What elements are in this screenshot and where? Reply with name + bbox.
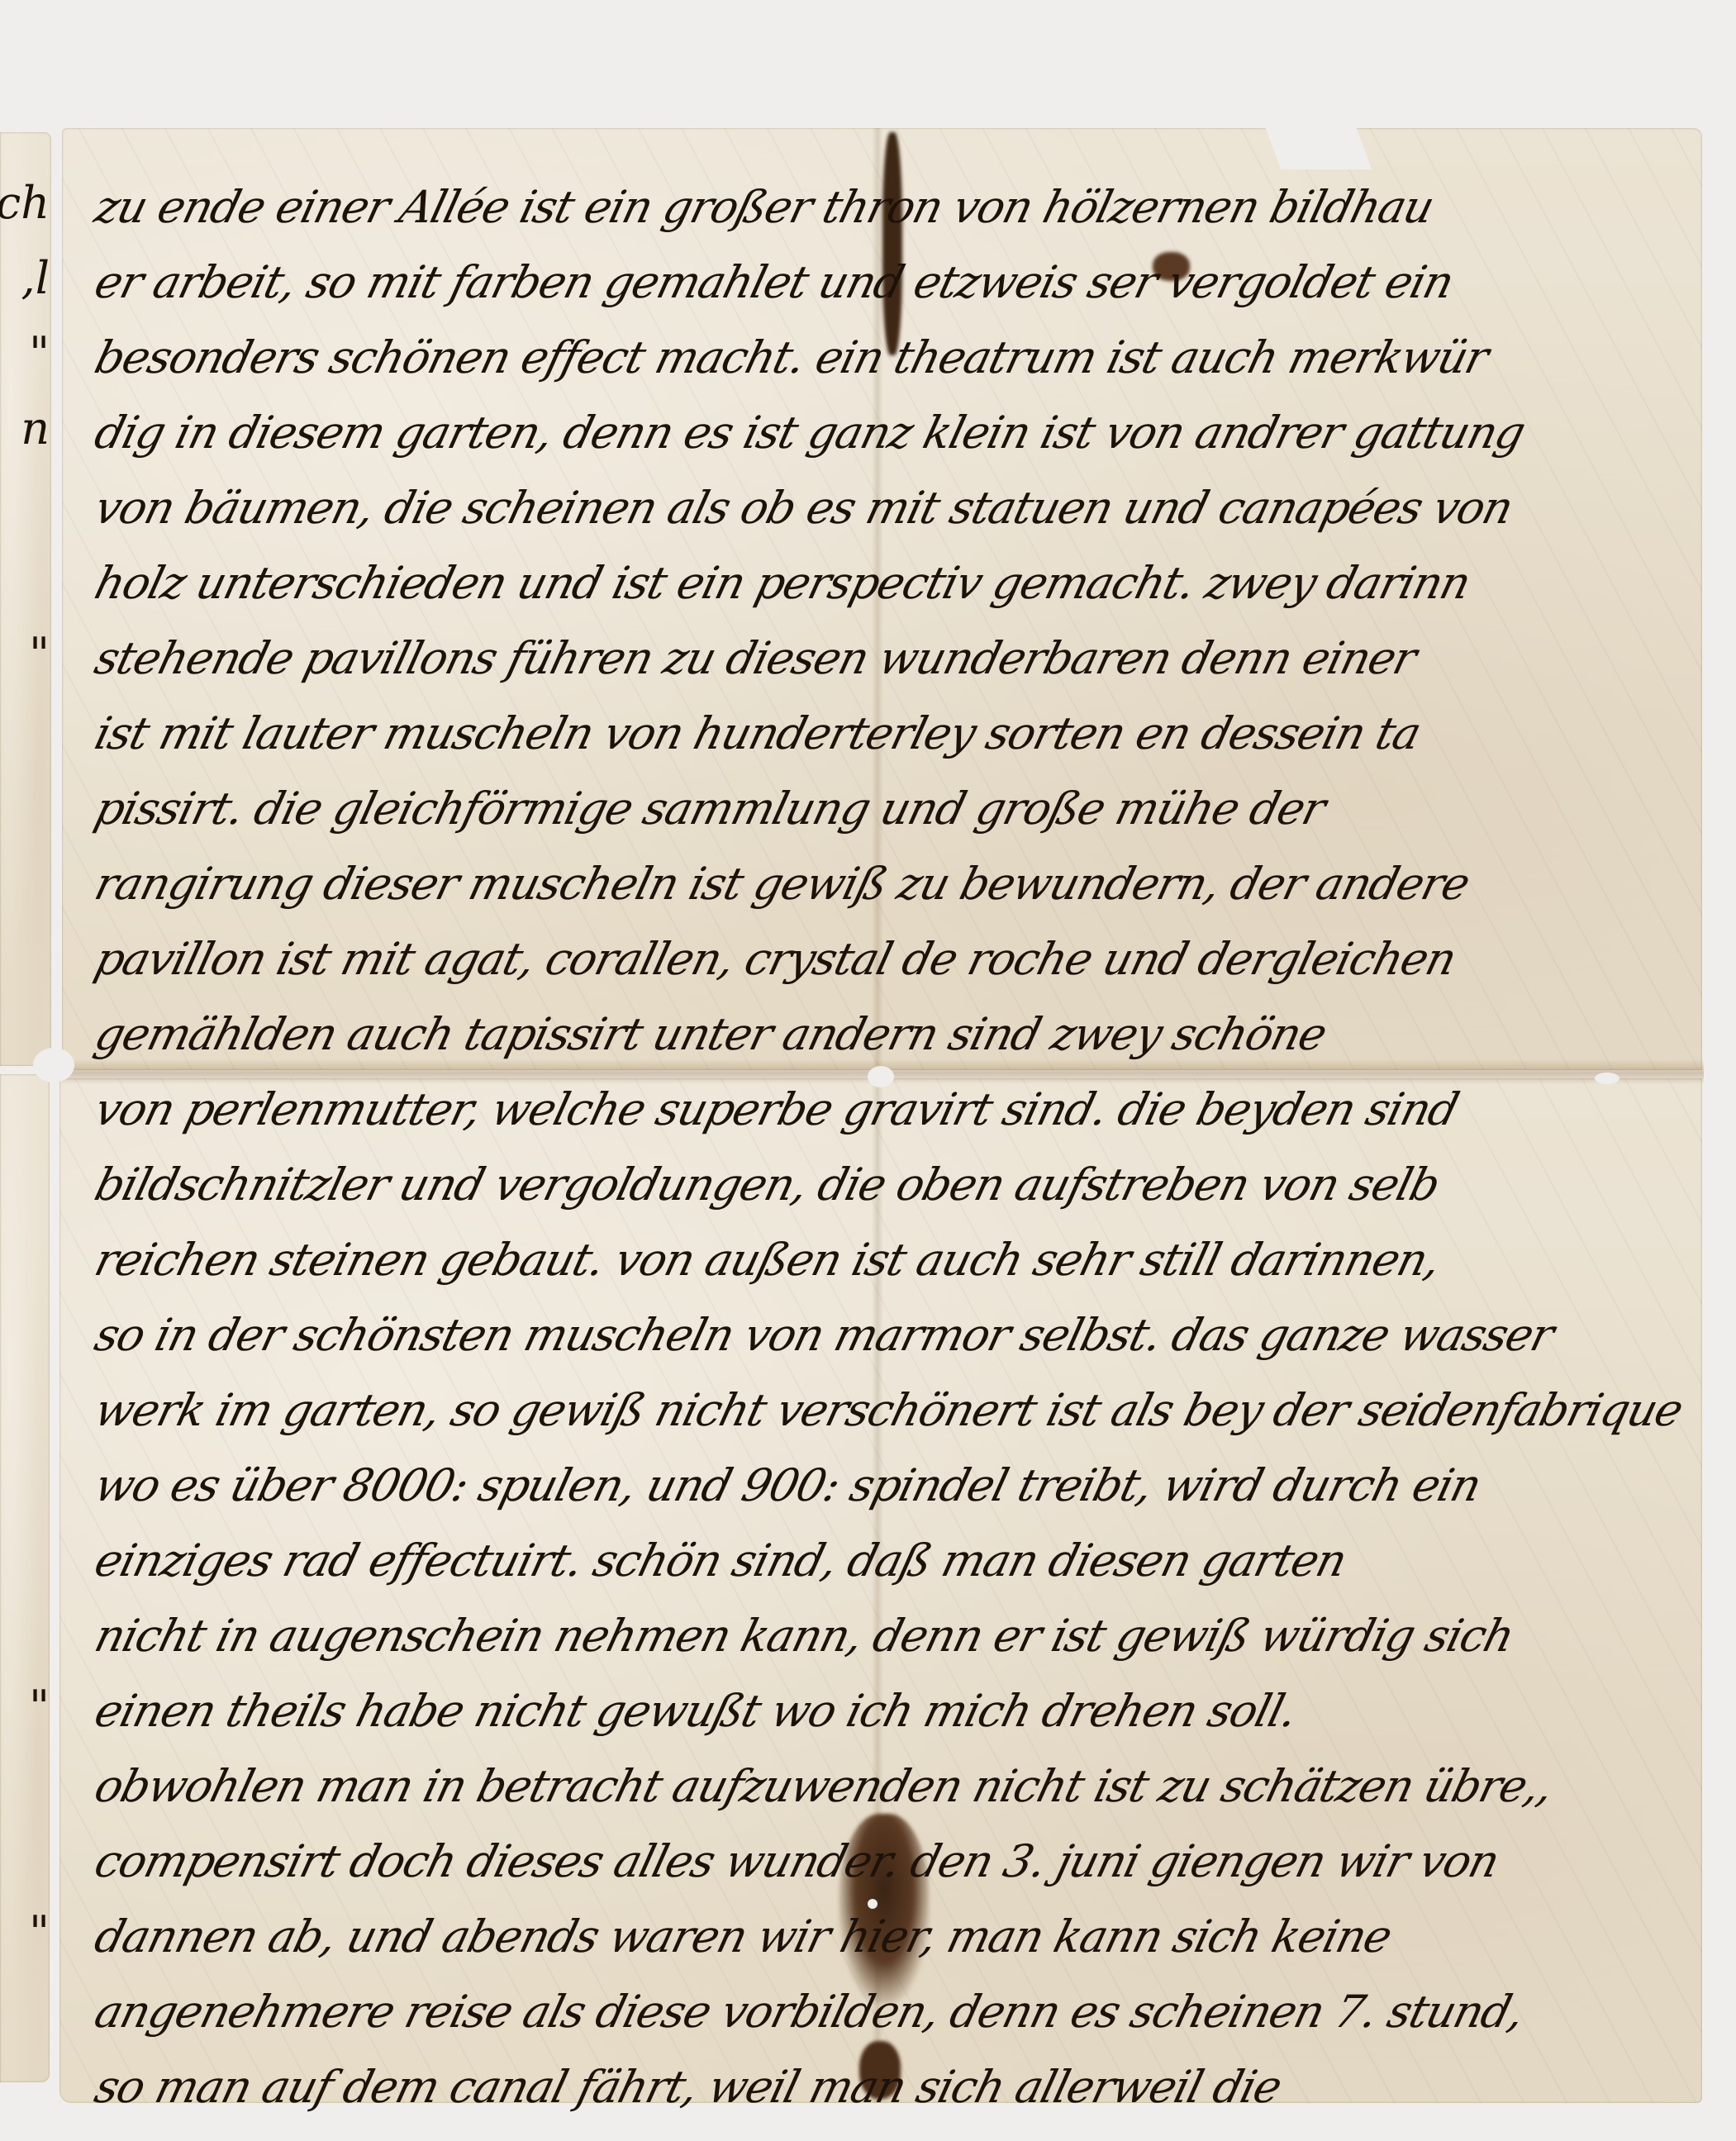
left-page-text: ch l, " n " " " — [0, 165, 50, 1970]
left-line — [0, 917, 50, 992]
manuscript-line: bildschnitzler und vergoldungen, die obe… — [87, 1147, 1700, 1222]
manuscript-line: stehende pavillons führen zu diesen wund… — [87, 621, 1700, 696]
manuscript-line: wo es über 8000: spulen, und 900: spinde… — [87, 1448, 1700, 1523]
manuscript-line: zu ende einer Allée ist ein großer thron… — [87, 169, 1700, 245]
manuscript-line: dig in diesem garten, denn es ist ganz k… — [87, 395, 1700, 470]
left-line: n — [0, 391, 50, 466]
left-line — [0, 1594, 50, 1669]
left-line — [0, 692, 50, 767]
left-line — [0, 842, 50, 917]
manuscript-line: compensirt doch dieses alles wunder. den… — [87, 1824, 1700, 1899]
paper-corner-gap — [1702, 124, 1736, 2141]
left-line — [0, 1519, 50, 1594]
manuscript-line: obwohlen man in betracht aufzuwenden nic… — [87, 1748, 1700, 1824]
manuscript-line: gemählden auch tapissirt unter andern si… — [87, 997, 1700, 1072]
manuscript-line: so in der schönsten muscheln von marmor … — [87, 1297, 1700, 1373]
left-line: ch — [0, 165, 50, 240]
left-line: " — [0, 1895, 50, 1970]
left-line — [0, 1744, 50, 1820]
torn-notch — [1264, 124, 1372, 169]
manuscript-line: holz unterschieden und ist ein perspecti… — [87, 545, 1700, 621]
manuscript-line: ist mit lauter muscheln von hunderterley… — [87, 696, 1700, 771]
manuscript-line: pissirt. die gleichförmige sammlung und … — [87, 771, 1700, 846]
left-line: " — [0, 616, 50, 692]
left-line — [0, 1293, 50, 1368]
manuscript-line: besonders schönen effect macht. ein thea… — [87, 320, 1700, 395]
left-line — [0, 767, 50, 842]
manuscript-line: pavillon ist mit agat, corallen, crystal… — [87, 921, 1700, 997]
left-line — [0, 1068, 50, 1143]
left-line — [0, 1444, 50, 1519]
left-line: " — [0, 316, 50, 391]
manuscript-line: rangirung dieser muscheln ist gewiß zu b… — [87, 846, 1700, 921]
left-line — [0, 992, 50, 1068]
manuscript-line: von bäumen, die scheinen als ob es mit s… — [87, 470, 1700, 545]
manuscript-line: reichen steinen gebaut. von außen ist au… — [87, 1222, 1700, 1297]
left-line — [0, 1218, 50, 1293]
manuscript-line: dannen ab, und abends waren wir hier, ma… — [87, 1899, 1700, 1974]
manuscript-line: einen theils habe nicht gewußt wo ich mi… — [87, 1673, 1700, 1748]
manuscript-line: einziges rad effectuirt. schön sind, daß… — [87, 1523, 1700, 1598]
left-line — [0, 1820, 50, 1895]
left-line — [0, 1143, 50, 1218]
left-line — [0, 1368, 50, 1444]
manuscript-line: werk im garten, so gewiß nicht verschöne… — [87, 1373, 1700, 1448]
left-line — [0, 541, 50, 616]
manuscript-line: nicht in augenschein nehmen kann, denn e… — [87, 1598, 1700, 1673]
left-line — [0, 466, 50, 541]
manuscript-line: von perlenmutter, welche superbe gravirt… — [87, 1072, 1700, 1147]
left-line: " — [0, 1669, 50, 1744]
left-line: l, — [0, 240, 50, 316]
manuscript-line: er arbeit, so mit farben gemahlet und et… — [87, 245, 1700, 320]
manuscript-line: angenehmere reise als diese vorbilden, d… — [87, 1974, 1700, 2049]
manuscript-line: so man auf dem canal fährt, weil man sic… — [87, 2049, 1700, 2124]
manuscript-text: zu ende einer Allée ist ein großer thron… — [87, 169, 1681, 2124]
